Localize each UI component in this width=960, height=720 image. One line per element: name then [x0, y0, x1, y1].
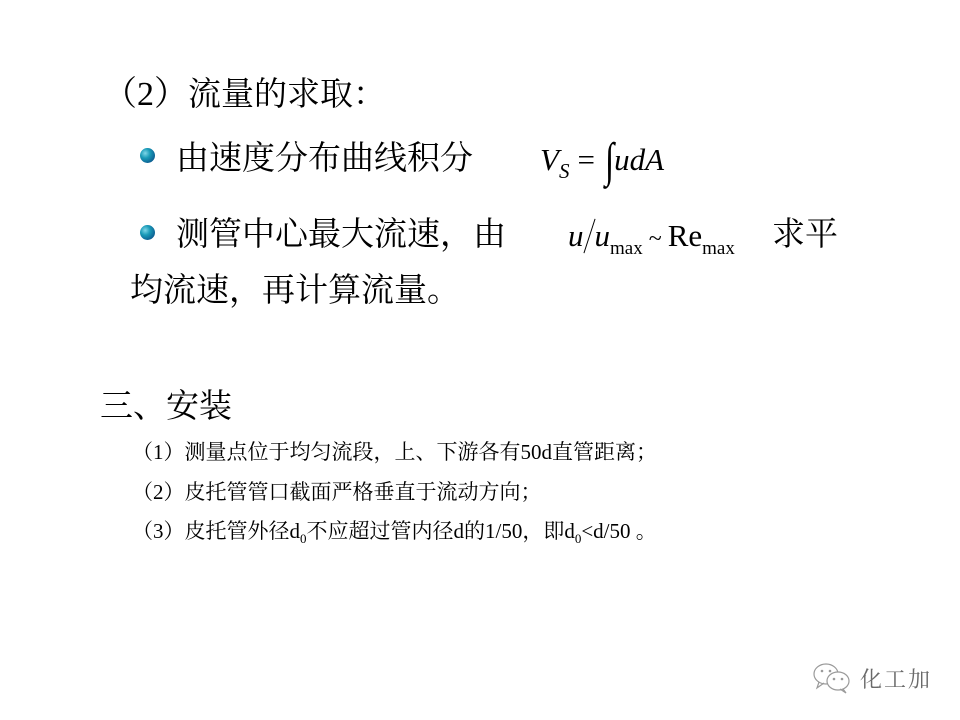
bullet-icon: [140, 225, 155, 240]
bullet-2-text-after: 求平: [772, 212, 838, 256]
bullet-1-text: 由速度分布曲线积分: [176, 136, 473, 180]
formula-u: u: [568, 218, 584, 253]
wechat-icon: [812, 662, 852, 694]
bullet-2-continuation: 均流速，再计算流量。: [130, 268, 460, 312]
formula-lhs: V: [540, 142, 559, 177]
formula-umax-sub: max: [610, 238, 643, 259]
heading-text: 流量的求取：: [188, 74, 386, 113]
item-3-sub1: 0: [300, 531, 307, 546]
formula-tilde: ~: [649, 226, 662, 252]
section-heading-flow-rate: （2）流量的求取：: [103, 72, 386, 117]
bullet-icon: [140, 148, 155, 163]
item-3-part1: （3）皮托管外径d: [132, 519, 300, 543]
bullet-2-text: 测管中心最大流速，由: [176, 212, 506, 256]
formula-re-sub: max: [702, 238, 735, 259]
install-item-1: （1）测量点位于均匀流段，上、下游各有50d直管距离；: [132, 438, 657, 466]
install-item-3: （3）皮托管外径d0不应超过管内径d的1/50，即d0<d/50 。: [132, 517, 657, 548]
install-item-2: （2）皮托管管口截面严格垂直于流动方向；: [132, 478, 542, 506]
watermark-text: 化工加: [860, 663, 932, 694]
formula-rhs: udA: [614, 142, 664, 177]
formula-re: Re: [668, 218, 702, 253]
item-3-sub2: 0: [575, 531, 582, 546]
fraction-slash: [583, 219, 595, 254]
formula-lhs-sub: S: [559, 159, 570, 183]
heading-number: （2）: [103, 76, 188, 113]
item-3-part3: <d/50 。: [581, 519, 656, 543]
formula-eq: =: [577, 142, 594, 177]
formula-velocity-ratio: uumax~Remax: [568, 214, 735, 263]
item-3-part2: 不应超过管内径d的1/50，即d: [307, 519, 575, 543]
formula-umax: u: [595, 218, 611, 253]
formula-integral: VS=∫udA: [540, 130, 664, 188]
watermark: 化工加: [812, 662, 932, 694]
section-title-installation: 三、安装: [100, 384, 232, 428]
integral-sign: ∫: [605, 136, 614, 186]
